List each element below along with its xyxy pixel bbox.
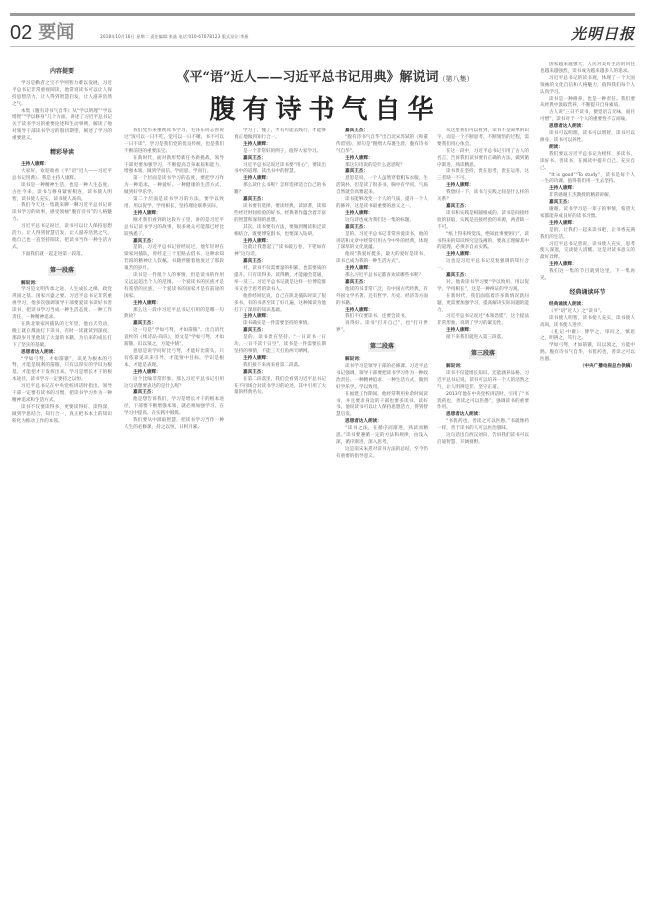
speaker-label: 思想者达人朗读： xyxy=(12,350,112,357)
paragraph: 《礼记·中庸》：博学之，审问之，慎思之，明辨之，笃行之。 xyxy=(540,330,635,344)
paragraph: 本集《腹有诗书气自华》从“学以明理”“学以增智”“学以修身”几个方面，讲述了习近… xyxy=(12,109,112,144)
article-kicker: 《平“语”近人——习近平总书记用典》解说词（第八集） xyxy=(140,66,510,85)
episode-heading-label: 第二段落 xyxy=(368,343,396,352)
episode-heading: 第一段落 xyxy=(12,267,112,276)
paragraph: 习近平总书记说过“本领恐慌”，这个提法非常形象，说明了学习的紧迫性。 xyxy=(437,314,529,328)
paragraph: 读书是一种精神生活，也是一种人生态度。古往今来，读书与修身紧密相连，读书使人明智… xyxy=(12,183,112,204)
section-name: 要闻 xyxy=(38,22,74,44)
paragraph: 习近平总书记的读书观，体现了一个大国领袖的文化自信和人格魅力，值得我们每个人认真… xyxy=(540,76,635,97)
speaker-label: 主持人康辉： xyxy=(540,221,635,228)
paragraph: 读书是一种修养，也是一种责任。我们要从经典中汲取营养，不断提升自身素质。 xyxy=(540,97,635,111)
paragraph: 学习是勤者之宝不学则智力难以发展，习近平总书记非常重视阅读，他常说读书可以让人保… xyxy=(12,81,112,109)
paragraph: 读书学习是领导干部的必修课。习近平总书记强调，领导干部要把读书学习作为一种政治责… xyxy=(336,364,428,392)
subsection-heading: 经典诵读环节 xyxy=(540,290,635,297)
page-number: 02 xyxy=(10,22,32,44)
episode-heading: 第二段落 xyxy=(336,343,428,352)
paragraph: 古人说“三日不读书，便觉语言无味，面目可憎”，读书对于一个人的重要性不言而喻。 xyxy=(540,110,635,124)
paragraph: 这个比喻非常形象。那么习近平总书记引用这句话想要表达的是什么呢？ xyxy=(124,377,224,391)
paragraph: 习近平总书记曾说，读书使人充实，思考使人深邃，交谈使人清醒。这是对读书意义的最好… xyxy=(540,242,635,263)
speaker-label: 主持人康辉： xyxy=(234,142,326,149)
article-title-block: 《平“语”近人——习近平总书记用典》解说词（第八集） 腹有诗书气自华 xyxy=(140,66,510,126)
paragraph: 读书和实践是相辅相成的。读书是间接经验的获取，实践是直接经验的来源，两者缺一不可… xyxy=(437,211,529,232)
paragraph: 意思是说学问好比弓弩，才能好比箭头，只有依靠见识来引导，才能射中目标。学识是根本… xyxy=(124,349,224,370)
paragraph: “It is good”“To study”，读书是每个人一生的功课，值得我们用… xyxy=(540,173,635,187)
paragraph: 我们党历来重视读书学习，毛泽东同志曾说过“饭可以一日不吃，觉可以一日不睡，书不可… xyxy=(124,128,224,156)
kicker-suffix: （第八集） xyxy=(438,75,473,83)
subsection-heading: 精彩导读 xyxy=(12,150,112,157)
speaker-label: 主持人康辉： xyxy=(336,156,428,163)
paragraph: 读书使人明智，读书使人充实，读书使人高尚，读书使人进步。 xyxy=(540,316,635,330)
speaker-label: 嘉宾王杰： xyxy=(437,204,529,211)
paragraph: 习近平总书记说过读书要“用心”，要读出书中的道理、读出书中的智慧。 xyxy=(234,163,326,177)
speaker-label: 主持人康辉： xyxy=(124,301,224,308)
speaker-label: 嘉宾王杰： xyxy=(234,197,326,204)
speaker-label: 主持人康辉： xyxy=(336,266,428,273)
paragraph: 谢谢。读书学习是一辈子的事情，希望大家都能养成良好的读书习惯。 xyxy=(540,207,635,221)
paragraph: 那么习近平总书记都喜欢读哪些书呢？ xyxy=(336,273,428,280)
paragraph: 这是南宋朱熹对读书方法的总结，至今仍有重要的指导意义。 xyxy=(336,447,428,461)
paragraph: 下面我们就一起走进第一段落。 xyxy=(12,252,112,259)
speaker-label: 经典诵读人朗读： xyxy=(540,302,635,309)
episode-heading-label: 第三段落 xyxy=(469,350,497,359)
speaker-label: 主持人康辉： xyxy=(234,356,326,363)
paragraph: 读书不仅能增长知识，还能涵养品格。习近平总书记说，读书可以培养一个人的浩然之气，… xyxy=(437,371,529,392)
paragraph: 是的。让我们一起来读书吧，让书香充满我们的生活。 xyxy=(540,228,635,242)
column-6: 国家越来越强大，人民对美好生活的向往也越来越强烈，读书成为越来越多人的追求。习近… xyxy=(540,62,635,907)
paragraph: 读书要有选择，要读经典、读原著，读那些经过时间检验的好书。经典著作蕴含着丰富的智… xyxy=(234,204,326,225)
paragraph: 在福建工作期间，他经常利用业余时间读书，并且要求身边的干部也要多读书、读好书。他… xyxy=(336,392,428,420)
paragraph: 我们要从中汲取智慧，把读书学习当作一种人生的必修课，持之以恒，日积月累。 xyxy=(124,418,224,432)
paragraph: 他是想告诉我们，学习是增长才干的根本途径，干部要不断增强本领，就必须加强学习，在… xyxy=(124,397,224,418)
header-bottom-rule xyxy=(10,46,635,47)
speaker-label: 主持人康辉： xyxy=(124,370,224,377)
paragraph: 在新时代，我们面临着许多新情况新问题，更需要加强学习，提高解决实际问题的能力。 xyxy=(437,294,529,315)
paragraph: “学如弓弩，才如箭镞”，识见为根本的弓弩，才能是锐利的箭镞，只有以厚实的学识为根… xyxy=(12,357,112,385)
speaker-label: 嘉宾王杰： xyxy=(437,273,529,280)
paragraph: 这也是习近平总书记反复强调的知行合一。 xyxy=(437,259,529,273)
newspaper-logo: 光明日报 xyxy=(571,23,635,44)
paragraph: 读书能够改变一个人的气质，提升一个人的修养，这是读书最重要的意义之一。 xyxy=(336,197,428,211)
paragraph: 在这一段中，习近平总书记引用了古人的名言，告诉我们读书要有正确的方法，做到循序渐… xyxy=(437,149,529,170)
column-5: 从这里我们可以看到，读书不是简单的识字，而是一个不断思考、不断领悟的过程，需要我… xyxy=(437,128,529,908)
paragraph: 第二个层面是读书学习的方法，要学以致用、用以促学、学用相长，坚持理论联系实际。 xyxy=(124,197,224,211)
paragraph: 其次，读书要有方法，要做到精读和泛读相结合，既要博览群书，也要深入钻研。 xyxy=(234,225,326,239)
episode-heading-label: 第一段落 xyxy=(48,267,76,276)
paragraph: 2013年他在中央党校讲话时，引用了“书犹药也，善读之可以医愚”，强调读书的重要… xyxy=(437,392,529,413)
paragraph: 是的，读书贵在坚持。“一日读书一日功，一日不读十日空”，读书是一件需要长期坚持的… xyxy=(234,335,326,356)
paragraph: 意思是说，一个人虽然穿着粗布衣服，生活简朴，但是读了很多书，胸中有学问，气质自然… xyxy=(336,176,428,197)
page-header: 02 要闻 2018年10月16日 星期二 责任编辑:张晶 电话:010-670… xyxy=(10,18,635,44)
paragraph: 我们接下来再来看第二段落。 xyxy=(234,363,326,370)
paragraph: 这句话出自西汉刘向，告诉我们读书可以启迪智慧、开阔视野。 xyxy=(437,433,529,447)
paragraph: 习近平总书记在中央党校讲话时指出，领导干部一定要有读书的习惯，把读书学习作为一种… xyxy=(12,384,112,405)
speaker-label: 嘉宾王杰： xyxy=(336,280,428,287)
speaker-label: 解说词： xyxy=(336,357,428,364)
paragraph: 他读的书非常广泛，有中国古代经典，有外国文学名著，还有哲学、历史、经济等方面的书… xyxy=(336,287,428,308)
paragraph: 我想问一下，读书与实践之间是什么样的关系？ xyxy=(437,190,529,204)
column-3: 学习了，懂了，才有可能去践行，才能够真正地做到知行合一。主持人康辉：是一个非常好… xyxy=(234,128,326,908)
column-2: 我们党历来重视读书学习，毛泽东同志曾说过“饭可以一日不吃，觉可以一日不睡，书不可… xyxy=(124,128,224,908)
paragraph: 读书可以明理，读书可以增智，读书可以修身，读书可以养性。 xyxy=(540,131,635,145)
paragraph: 读书是一件很个人的事情，但是读书的作用又远远超出个人的范围。一个爱读书的民族才是… xyxy=(124,273,224,301)
paragraph: “读书之法，在循序而渐进，熟读而精思。”读书要遵循一定的方法和规律，由浅入深，循… xyxy=(336,426,428,447)
paragraph: 这句诗也成为我们这一集的标题。 xyxy=(336,218,428,225)
paragraph: 《平“语”近人》之“读书”。 xyxy=(540,309,635,316)
paragraph: 是的。习近平总书记非常喜爱读书，他的讲话和文章中经常引用古今中外的经典，体现了深… xyxy=(336,232,428,253)
source-credit: （中央广播电视总台供稿） xyxy=(540,364,635,371)
paragraph: “腹有诗书气自华”出自北宋苏轼的《和董传留别》，原句是“粗缯大布裹生涯，腹有诗书… xyxy=(336,135,428,156)
paragraph: 国家越来越强大，人民对美好生活的向往也越来越强烈，读书成为越来越多人的追求。 xyxy=(540,62,635,76)
paragraph: 对。他说读书学习要“学以致用、用以促学、学用相长”，这是一种辩证的学习观。 xyxy=(437,280,529,294)
speaker-label: 嘉宾王杰： xyxy=(336,128,428,135)
speaker-label: 主持人康辉： xyxy=(124,211,224,218)
paragraph: “书犹药也，善读之可以医愚。”书就像药一样，善于读书的人可以医治愚昧。 xyxy=(437,419,529,433)
paragraph: 从这里我们可以看到，读书不是简单的识字，而是一个不断思考、不断领悟的过程，需要我… xyxy=(437,128,529,149)
speaker-label: 解说词： xyxy=(437,364,529,371)
paragraph: 习近平总书记说过，读书可以让人保持思想活力，让人得到智慧启发，让人滋养浩然之气。… xyxy=(12,224,112,252)
column-1: 内容提要学习是勤者之宝不学则智力难以发展，习近平总书记非常重视阅读，他常说读书可… xyxy=(12,62,112,907)
paragraph: 那么这一段中习近平总书记引用的是哪一句典故？ xyxy=(124,308,224,322)
paragraph: 这一句是“学如弓弩，才如箭镞”。出自清代袁枚的《续诗品·尚识》，原文是“学如弓弩… xyxy=(124,328,224,349)
paragraph: 第一个层面是读书学习的态度，要把学习作为一种追求、一种爱好、一种健康的生活方式，… xyxy=(124,176,224,197)
subsection-heading: 内容提要 xyxy=(12,69,112,76)
speaker-label: 嘉宾王杰： xyxy=(540,200,635,207)
paragraph: 是一个非常好的例子，值得大家学习。 xyxy=(234,149,326,156)
speaker-label: 嘉宾王杰： xyxy=(234,370,326,377)
speaker-label: 嘉宾王杰： xyxy=(336,225,428,232)
speaker-label: 主持人康辉： xyxy=(336,211,428,218)
paragraph: 在陕北梁家河插队的七年里，他白天劳动，晚上就在煤油灯下读书，有时一读就读到深夜。… xyxy=(12,322,112,350)
column-4: 嘉宾王杰：“腹有诗书气自华”出自北宋苏轼的《和董传留别》，原句是“粗缯大布裹生涯… xyxy=(336,128,428,908)
speaker-label: 嘉宾王杰： xyxy=(234,156,326,163)
paragraph: 在第二段落里，我们会看到习近平总书记在不同场合对读书学习的论述，其中引用了大量的… xyxy=(234,377,326,398)
header-top-rule xyxy=(10,13,635,16)
paragraph: 刚才我们看到的这段片子里，讲的是习近平总书记读书学习的故事，很多观众可能都已经比… xyxy=(124,218,224,239)
paragraph: 我们这一集的节目就到这里，下一集再见。 xyxy=(540,269,635,283)
paragraph: 他曾经回忆说，自己在陕北插队时读了很多书，有的书甚至读了好几遍，这种阅读为他打下… xyxy=(234,294,326,315)
paragraph: 说得好。读书“打开自己”，也“打开世界”。 xyxy=(336,321,428,335)
paragraph: 那么读什么书呢？怎样选择适合自己的书籍？ xyxy=(234,183,326,197)
paragraph: 学如弓弩，才如箭镞，识以领之，方能中鹄。腹有诗书气自华，书犹药也，善读之可以医愚… xyxy=(540,343,635,364)
paragraph: 接下来我们就进入第三段落。 xyxy=(437,335,529,342)
paragraph: 大家好，欢迎收看《平“语”近人——习近平总书记用典》。我是主持人康辉。 xyxy=(12,169,112,183)
speaker-label: 朗读： xyxy=(540,145,635,152)
paragraph: 他说“我爱好挺多，最大的爱好是读书，读书已成为我的一种生活方式”。 xyxy=(336,252,428,266)
episode-heading: 第三段落 xyxy=(437,350,529,359)
paragraph: 是的，习近平总书记曾经说过，他年轻时在梁家河插队，曾经走三十里路去借书，这种求知… xyxy=(124,245,224,273)
header-meta: 2018年10月16日 星期二 责任编辑:张晶 电话:010-67078123 … xyxy=(100,34,248,40)
paragraph: 对。读书不仅需要量的积累，也需要质的提升。只有读得多、读得精，才能融会贯通、举一… xyxy=(234,266,326,294)
speaker-label: 主持人康辉： xyxy=(12,162,112,169)
paragraph: 这就让我想起了“读书破万卷，下笔如有神”这句话。 xyxy=(234,245,326,259)
paragraph: 学习是文明传承之途、人生成长之梯、政党巩固之基、国家兴盛之要。习近平总书记非常重… xyxy=(12,287,112,322)
paragraph: 我们今天这一集就来聊一聊习近平总书记讲读书学习的故事，感受领袖“腹有诗书”的人格… xyxy=(12,203,112,224)
paragraph: “纸上得来终觉浅，绝知此事要躬行”，读书得来的知识终究是浅薄的，要真正理解其中的… xyxy=(437,232,529,253)
article-headline: 腹有诗书气自华 xyxy=(140,89,510,126)
paragraph: 在新时代，面对新形势新任务新挑战，领导干部更要加强学习，不断提高自身素质和能力，… xyxy=(124,156,224,177)
paragraph: 读书贵在坚持，贵在思考，贵在运用，这三者缺一不可。 xyxy=(437,169,529,183)
paragraph: 读书不仅要读得多，更要读得好、读得深，做到学思结合、知行合一，真正把书本上的知识… xyxy=(12,405,112,426)
kicker-text: 《平“语”近人——习近平总书记用典》解说词 xyxy=(177,70,439,85)
paragraph: 我们要以习近平总书记为榜样，多读书、读好书、善读书，在阅读中提升自己、充实自己。 xyxy=(540,152,635,173)
paragraph: 学习了，懂了，才有可能去践行，才能够真正地做到知行合一。 xyxy=(234,128,326,142)
